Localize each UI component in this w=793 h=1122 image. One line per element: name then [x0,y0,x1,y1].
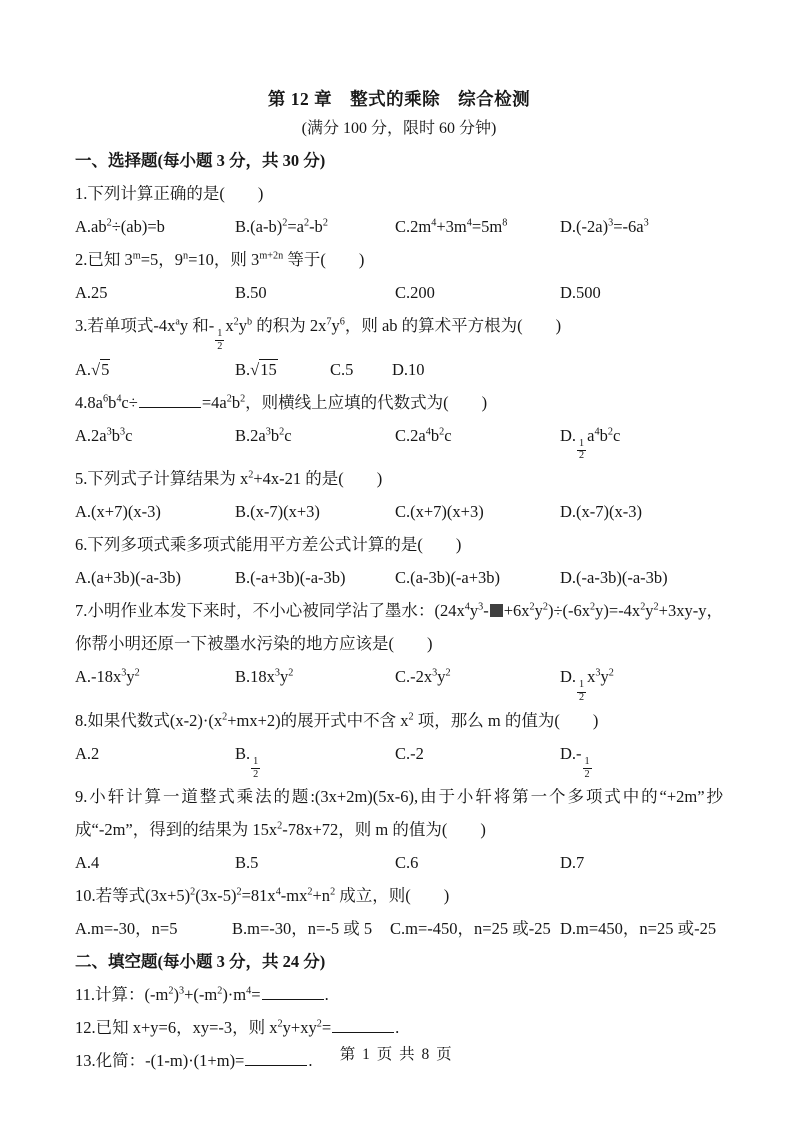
question-7-options: A.-18x3y2 B.18x3y2 C.-2x3y2 D.12x3y2 [75,660,723,704]
option-d: D.(-2a)3=-6a3 [560,210,723,243]
option-d: D.7 [560,846,723,879]
question-10-options: A.m=-30，n=5 B.m=-30，n=-5 或 5 C.m=-450，n=… [75,912,723,945]
question-8-options: A.2 B.12 C.-2 D.-12 [75,737,723,781]
superscript: 2 [608,426,613,437]
page-title: 第 12 章 整式的乘除 综合检测 [75,84,723,114]
superscript: 2 [530,602,535,613]
superscript: 2 [609,668,614,679]
superscript: 3 [595,668,600,679]
superscript: 4 [431,218,436,229]
question-9-options: A.4 B.5 C.6 D.7 [75,846,723,879]
question-11-stem: 11.计算：(-m2)3+(-m2)·m4=. [75,978,723,1011]
option-a: A.2a3b3c [75,419,235,463]
stacked-fraction: 12 [215,329,224,352]
option-a: A.m=-30，n=5 [75,912,232,945]
superscript: 2 [234,317,239,328]
question-2-stem: 2.已知 3m=5，9n=10，则 3m+2n 等于( ) [75,243,723,276]
superscript: 2 [135,668,140,679]
superscript: m [133,251,141,262]
superscript: 7 [326,317,331,328]
superscript: 2 [445,668,450,679]
option-c: C.200 [395,276,560,309]
superscript: 2 [168,986,173,997]
option-a: A.ab2÷(ab)=b [75,210,235,243]
superscript: 3 [120,426,125,437]
superscript: 2 [590,602,595,613]
question-5-options: A.(x+7)(x-3) B.(x-7)(x+3) C.(x+7)(x+3) D… [75,495,723,528]
superscript: 3 [179,986,184,997]
option-c: C.2m4+3m4=5m8 [395,210,560,243]
page-subtitle: (满分 100 分，限时 60 分钟) [75,114,723,144]
superscript: 2 [330,887,335,898]
superscript: 2 [240,393,245,404]
stacked-fraction: 12 [577,439,586,462]
superscript: 2 [282,218,287,229]
option-b: B.18x3y2 [235,660,395,704]
option-d: D.(x-7)(x-3) [560,495,723,528]
option-c: C.-2 [395,737,560,781]
superscript: 2 [222,711,227,722]
option-b: B.(-a+3b)(-a-3b) [235,561,395,594]
question-4-options: A.2a3b3c B.2a3b2c C.2a4b2c D.12a4b2c [75,419,723,463]
superscript: 6 [340,317,345,328]
superscript: 2 [278,1019,283,1030]
question-2-options: A.25 B.50 C.200 D.500 [75,276,723,309]
question-9-stem: 9.小轩计算一道整式乘法的题:(3x+2m)(5x-6),由于小轩将第一个多项式… [75,780,723,846]
question-10-stem: 10.若等式(3x+5)2(3x-5)2=81x4-mx2+n2 成立，则( ) [75,879,723,912]
superscript: 8 [502,218,507,229]
superscript: 2 [654,602,659,613]
superscript: 3 [432,668,437,679]
question-1-stem: 1.下列计算正确的是( ) [75,177,723,210]
answer-blank [139,392,201,408]
option-a: A.25 [75,276,235,309]
superscript: 2 [543,602,548,613]
superscript: 6 [103,393,108,404]
option-c: C.(a-3b)(-a+3b) [395,561,560,594]
superscript: 2 [304,218,309,229]
superscript: n [183,251,188,262]
option-a: A.(x+7)(x-3) [75,495,235,528]
option-d: D.-12 [560,737,723,781]
superscript: 2 [288,668,293,679]
superscript: 3 [478,602,483,613]
superscript: 3 [107,426,112,437]
superscript: 3 [608,218,613,229]
option-b: B.12 [235,737,395,781]
superscript: a [175,317,180,328]
option-b: B.5 [235,846,395,879]
superscript: b [247,317,252,328]
question-3-options: A.√5 B.√15 C.5 D.10 [75,353,723,386]
superscript: 4 [594,426,599,437]
superscript: 2 [107,218,112,229]
ink-blot [490,604,503,617]
superscript: 4 [246,986,251,997]
superscript: 3 [644,218,649,229]
option-d: D.(-a-3b)(-a-3b) [560,561,723,594]
superscript: 2 [439,426,444,437]
superscript: 4 [426,426,431,437]
question-3-stem: 3.若单项式-4xay 和-12x2yb 的积为 2x7y6，则 ab 的算术平… [75,309,723,353]
stacked-fraction: 12 [583,757,592,780]
superscript: 2 [190,887,195,898]
square-root: √5 [91,359,110,379]
question-6-stem: 6.下列多项式乘多项式能用平方差公式计算的是( ) [75,528,723,561]
superscript: 2 [217,986,222,997]
question-7-stem: 7.小明作业本发下来时，不小心被同学沾了墨水：(24x4y3-+6x2y2)÷(… [75,594,723,660]
superscript: 4 [116,393,121,404]
superscript: 3 [275,668,280,679]
test-paper-page: 第 12 章 整式的乘除 综合检测 (满分 100 分，限时 60 分钟) 一、… [0,0,793,1077]
question-8-stem: 8.如果代数式(x-2)·(x2+mx+2)的展开式中不含 x2 项，那么 m … [75,704,723,737]
option-c: C.6 [395,846,560,879]
superscript: 2 [317,1019,322,1030]
superscript: 2 [237,887,242,898]
option-a: A.-18x3y2 [75,660,235,704]
question-6-options: A.(a+3b)(-a-3b) B.(-a+3b)(-a-3b) C.(a-3b… [75,561,723,594]
superscript: 2 [409,711,414,722]
question-5-stem: 5.下列式子计算结果为 x2+4x-21 的是( ) [75,462,723,495]
option-d: D.500 [560,276,723,309]
question-4-stem: 4.8a6b4c÷=4a2b2，则横线上应填的代数式为( ) [75,386,723,419]
option-b: B.√15 [235,353,330,386]
superscript: 2 [323,218,328,229]
option-b: B.50 [235,276,395,309]
answer-blank [332,1017,394,1033]
square-root: √15 [250,359,278,379]
option-a: A.(a+3b)(-a-3b) [75,561,235,594]
section-1-heading: 一、选择题(每小题 3 分，共 30 分) [75,144,723,177]
superscript: 2 [277,821,282,832]
superscript: 3 [266,426,271,437]
option-b: B.2a3b2c [235,419,395,463]
option-b: B.(a-b)2=a2-b2 [235,210,395,243]
option-c: C.2a4b2c [395,419,560,463]
option-c: C.5 [330,353,392,386]
superscript: 2 [248,470,253,481]
section-2-heading: 二、填空题(每小题 3 分，共 24 分) [75,945,723,978]
option-d: D.12a4b2c [560,419,723,463]
superscript: 4 [276,887,281,898]
question-1-options: A.ab2÷(ab)=b B.(a-b)2=a2-b2 C.2m4+3m4=5m… [75,210,723,243]
stacked-fraction: 12 [577,680,586,703]
option-a: A.√5 [75,353,235,386]
option-b: B.(x-7)(x+3) [235,495,395,528]
option-d: D.10 [392,353,723,386]
option-a: A.2 [75,737,235,781]
option-c: C.m=-450，n=25 或-25 [390,912,560,945]
answer-blank [262,984,324,1000]
option-a: A.4 [75,846,235,879]
superscript: m+2n [259,251,283,262]
superscript: 4 [467,218,472,229]
option-d: D.m=450，n=25 或-25 [560,912,723,945]
option-d: D.12x3y2 [560,660,723,704]
option-b: B.m=-30，n=-5 或 5 [232,912,390,945]
option-c: C.-2x3y2 [395,660,560,704]
superscript: 2 [307,887,312,898]
stacked-fraction: 12 [251,757,260,780]
page-number-footer: 第 1 页 共 8 页 [0,1042,793,1064]
superscript: 2 [227,393,232,404]
superscript: 2 [640,602,645,613]
option-c: C.(x+7)(x+3) [395,495,560,528]
superscript: 3 [121,668,126,679]
superscript: 2 [279,426,284,437]
question-12-stem: 12.已知 x+y=6，xy=-3，则 x2y+xy2=. [75,1011,723,1044]
superscript: 4 [465,602,470,613]
